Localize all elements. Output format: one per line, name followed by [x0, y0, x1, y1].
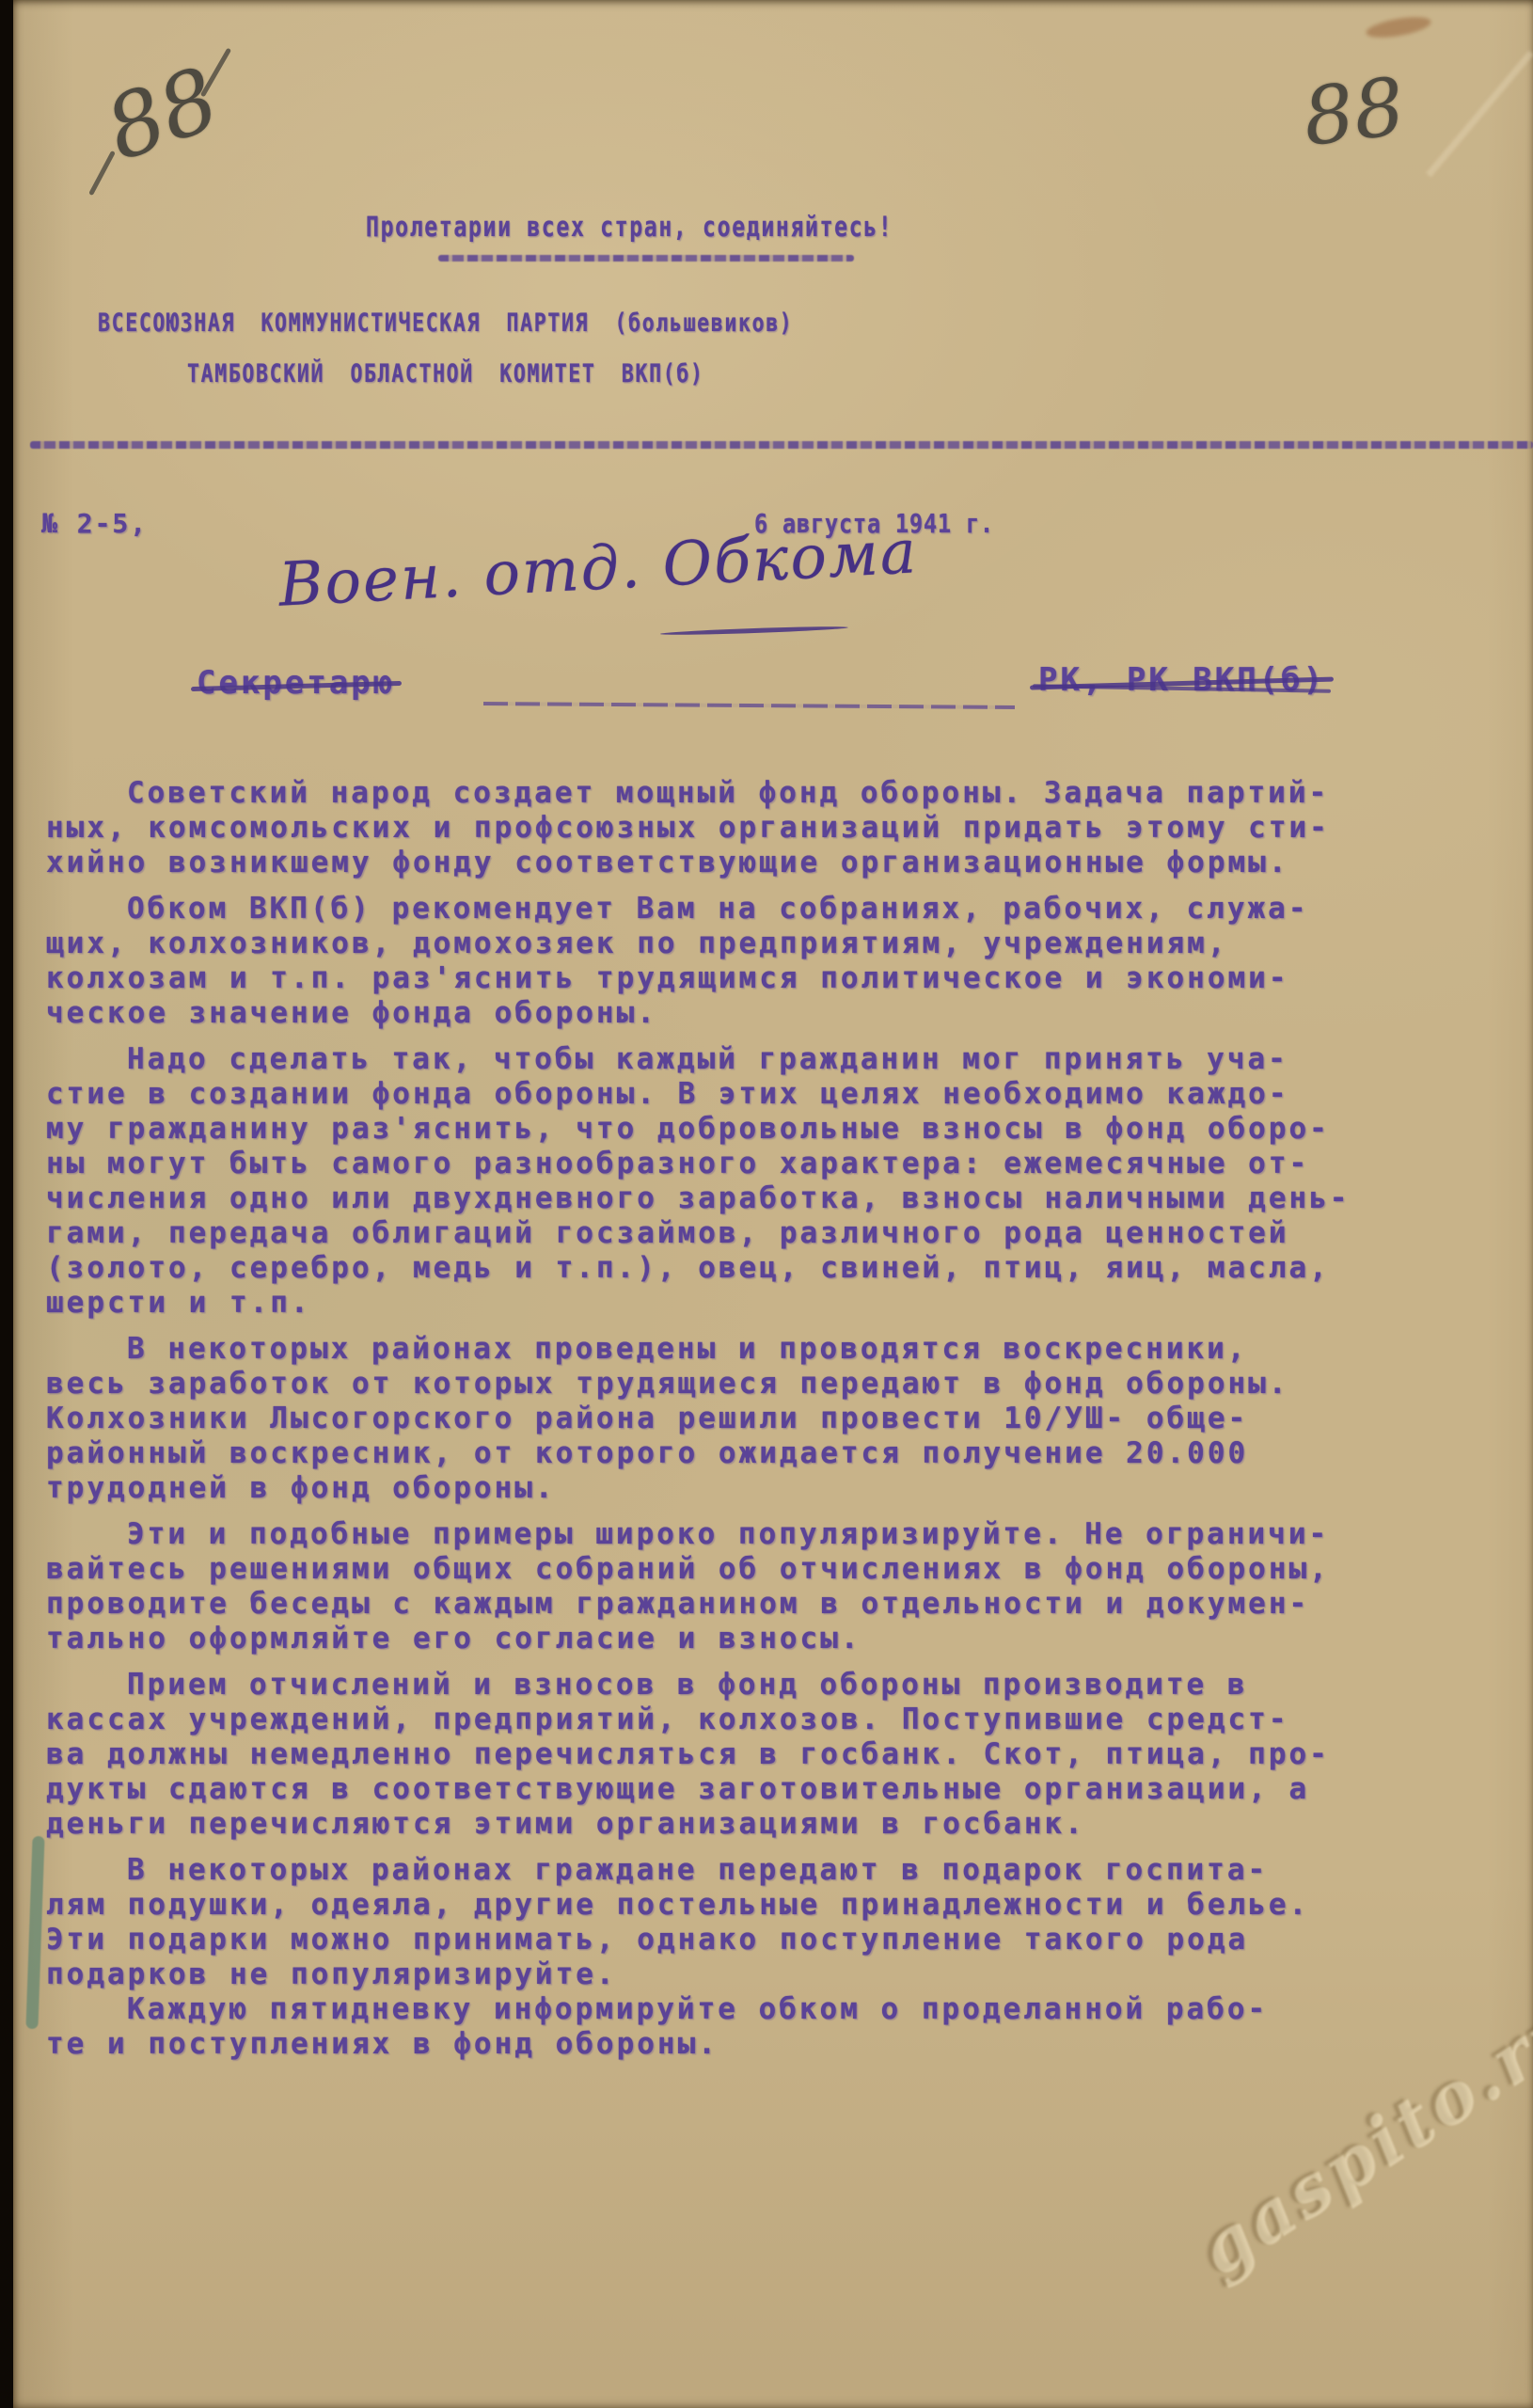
text-line: вайтесь решениями общих собраний об отчи… — [46, 1553, 1410, 1588]
struck-text: РК, РК ВКП(б) — [1038, 661, 1325, 699]
text-line: числения одно или двухдневного заработка… — [46, 1182, 1410, 1217]
text-line: ны могут быть самого разнообразного хара… — [46, 1148, 1410, 1182]
text-line: В некоторых районах проведены и проводят… — [46, 1333, 1410, 1368]
text-line: тально оформляйте его согласие и взносы. — [46, 1623, 1410, 1657]
text-line: трудодней в фонд обороны. — [46, 1472, 1410, 1507]
text-line: проводите беседы с каждым гражданином в … — [46, 1588, 1410, 1623]
pencil-page-number-top-left: 88 — [93, 48, 231, 181]
addressee-fill-line — [483, 702, 1015, 709]
text-line: весь заработок от которых трудящиеся пер… — [46, 1368, 1410, 1402]
paragraph: Советский народ создает мощный фонд обор… — [46, 777, 1410, 881]
paragraph: В некоторых районах граждане передают в … — [46, 1854, 1410, 1993]
handwriting-underline-swash — [660, 626, 848, 637]
text-line: (золото, серебро, медь и т.п.), овец, св… — [46, 1252, 1410, 1287]
addressee-struck-left: Секретарю — [197, 664, 395, 702]
text-line: дукты сдаются в соответствующие заготови… — [46, 1773, 1410, 1808]
text-line: Эти подарки можно принимать, однако пост… — [46, 1924, 1410, 1958]
text-line: ных, комсомольских и профсоюзных организ… — [46, 812, 1410, 847]
paper-stain — [1365, 13, 1432, 41]
paragraph: Прием отчислений и взносов в фонд оборон… — [46, 1669, 1410, 1843]
text-line: Советский народ создает мощный фонд обор… — [46, 777, 1410, 812]
text-line: те и поступлениях в фонд обороны. — [46, 2028, 1410, 2063]
text-line: стие в создании фонда обороны. В этих це… — [46, 1078, 1410, 1113]
document-body: Советский народ создает мощный фонд обор… — [46, 777, 1410, 2074]
letterhead-separator-rule — [30, 441, 1533, 449]
handwritten-resolution: Воен. отд. Обкома — [277, 517, 920, 621]
addressee-struck-right: РК, РК ВКП(б) — [1038, 661, 1325, 699]
letterhead-org-line2: ТАМБОВСКИЙ ОБЛАСТНОЙ КОМИТЕТ ВКП(б) — [187, 359, 704, 388]
paragraph: Обком ВКП(б) рекомендует Вам на собрания… — [46, 893, 1410, 1032]
text-line: му гражданину раз'яснить, что добровольн… — [46, 1113, 1410, 1148]
text-line: Прием отчислений и взносов в фонд оборон… — [46, 1669, 1410, 1703]
document-number: № 2-5, — [41, 508, 148, 539]
letterhead-slogan: Пролетарии всех стран, соединяйтесь! — [366, 211, 893, 243]
paper-scratch — [1426, 51, 1533, 178]
text-line: Каждую пятидневку информируйте обком о п… — [46, 1993, 1410, 2028]
paragraph: Каждую пятидневку информируйте обком о п… — [46, 1993, 1410, 2063]
text-line: хийно возникшему фонду соответствующие о… — [46, 847, 1410, 881]
text-line: Надо сделать так, чтобы каждый гражданин… — [46, 1043, 1410, 1078]
text-line: щих, колхозников, домохозяек по предприя… — [46, 927, 1410, 962]
text-line: подарков не популяризируйте. — [46, 1958, 1410, 1993]
slogan-underline — [438, 255, 854, 261]
text-line: колхозам и т.п. раз'яснить трудящимся по… — [46, 962, 1410, 997]
text-line: В некоторых районах граждане передают в … — [46, 1854, 1410, 1889]
paragraph: В некоторых районах проведены и проводят… — [46, 1333, 1410, 1507]
text-line: лям подушки, одеяла, другие постельные п… — [46, 1889, 1410, 1924]
text-line: ческое значение фонда обороны. — [46, 997, 1410, 1032]
text-line: деньги перечисляются этими организациями… — [46, 1808, 1410, 1843]
scanned-document: 88 88 Пролетарии всех стран, соединяйтес… — [0, 0, 1533, 2408]
text-line: районный воскресник, от которого ожидает… — [46, 1437, 1410, 1472]
struck-text: Секретарю — [197, 664, 395, 702]
paper-sheet: 88 88 Пролетарии всех стран, соединяйтес… — [13, 0, 1533, 2408]
text-line: Эти и подобные примеры широко популяризи… — [46, 1518, 1410, 1553]
text-line: шерсти и т.п. — [46, 1287, 1410, 1322]
text-line: Обком ВКП(б) рекомендует Вам на собрания… — [46, 893, 1410, 927]
text-line: Колхозники Лысогорского района решили пр… — [46, 1402, 1410, 1437]
letterhead-org-line1: ВСЕСОЮЗНАЯ КОММУНИСТИЧЕСКАЯ ПАРТИЯ (боль… — [98, 309, 793, 338]
pencil-page-number-top-right: 88 — [1298, 60, 1409, 164]
paragraph: Эти и подобные примеры широко популяризи… — [46, 1518, 1410, 1657]
margin-mark-green — [25, 1836, 44, 2029]
text-line: кассах учреждений, предприятий, колхозов… — [46, 1703, 1410, 1738]
pencil-tick-mark — [88, 150, 116, 196]
paragraph: Надо сделать так, чтобы каждый гражданин… — [46, 1043, 1410, 1322]
text-line: ва должны немедленно перечисляться в гос… — [46, 1738, 1410, 1773]
text-line: гами, передача облигаций госзаймов, разл… — [46, 1217, 1410, 1252]
